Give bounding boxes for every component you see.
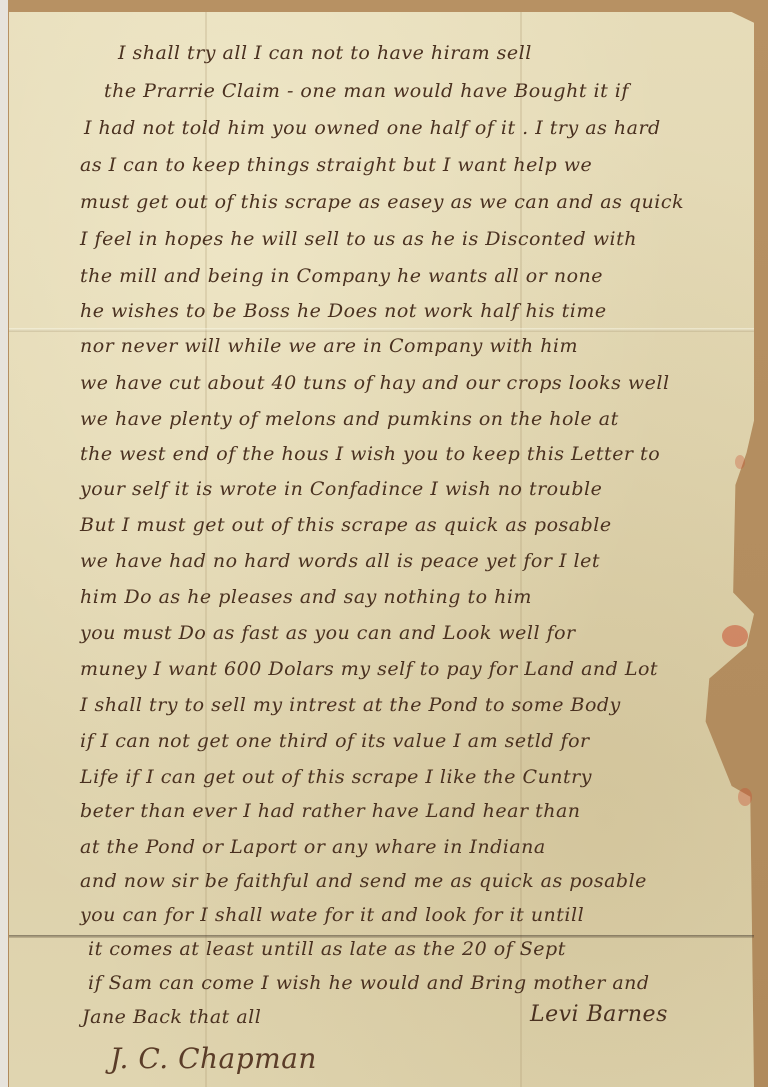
letter-line: he wishes to be Boss he Does not work ha… xyxy=(80,300,607,322)
signature: Levi Barnes xyxy=(530,1002,668,1027)
letter-line: your self it is wrote in Confadince I wi… xyxy=(80,478,602,500)
letter-line: muney I want 600 Dolars my self to pay f… xyxy=(80,658,658,680)
letter-line: the west end of the hous I wish you to k… xyxy=(80,443,660,465)
letter-line: I had not told him you owned one half of… xyxy=(84,117,661,139)
letter-line: I shall try to sell my intrest at the Po… xyxy=(80,694,621,716)
letter-line: But I must get out of this scrape as qui… xyxy=(80,514,612,536)
letter-line: the mill and being in Company he wants a… xyxy=(80,265,603,287)
letter-line: beter than ever I had rather have Land h… xyxy=(80,800,581,822)
letter-line: you must Do as fast as you can and Look … xyxy=(80,622,576,644)
letter-line: we have had no hard words all is peace y… xyxy=(80,550,600,572)
letter-line: the Prarrie Claim - one man would have B… xyxy=(104,80,629,102)
letter-body: I shall try all I can not to have hiram … xyxy=(0,0,768,1087)
letter-line: nor never will while we are in Company w… xyxy=(80,335,578,357)
letter-line: must get out of this scrape as easey as … xyxy=(80,191,684,213)
letter-line: it comes at least untill as late as the … xyxy=(88,938,566,960)
letter-line: we have plenty of melons and pumkins on … xyxy=(80,408,619,430)
letter-line: Jane Back that all xyxy=(82,1006,261,1028)
letter-line: if I can not get one third of its value … xyxy=(80,730,590,752)
letter-line: at the Pond or Laport or any whare in In… xyxy=(80,836,546,858)
letter-line: Life if I can get out of this scrape I l… xyxy=(80,766,592,788)
letter-line: as I can to keep things straight but I w… xyxy=(80,154,592,176)
letter-line: I feel in hopes he will sell to us as he… xyxy=(80,228,637,250)
letter-line: him Do as he pleases and say nothing to … xyxy=(80,586,532,608)
letter-line: we have cut about 40 tuns of hay and our… xyxy=(80,372,670,394)
letter-line: if Sam can come I wish he would and Brin… xyxy=(88,972,650,994)
letter-line: and now sir be faithful and send me as q… xyxy=(80,870,647,892)
letter-line: you can for I shall wate for it and look… xyxy=(80,904,584,926)
letter-line: I shall try all I can not to have hiram … xyxy=(118,42,532,64)
address-fragment: J. C. Chapman xyxy=(110,1042,317,1075)
